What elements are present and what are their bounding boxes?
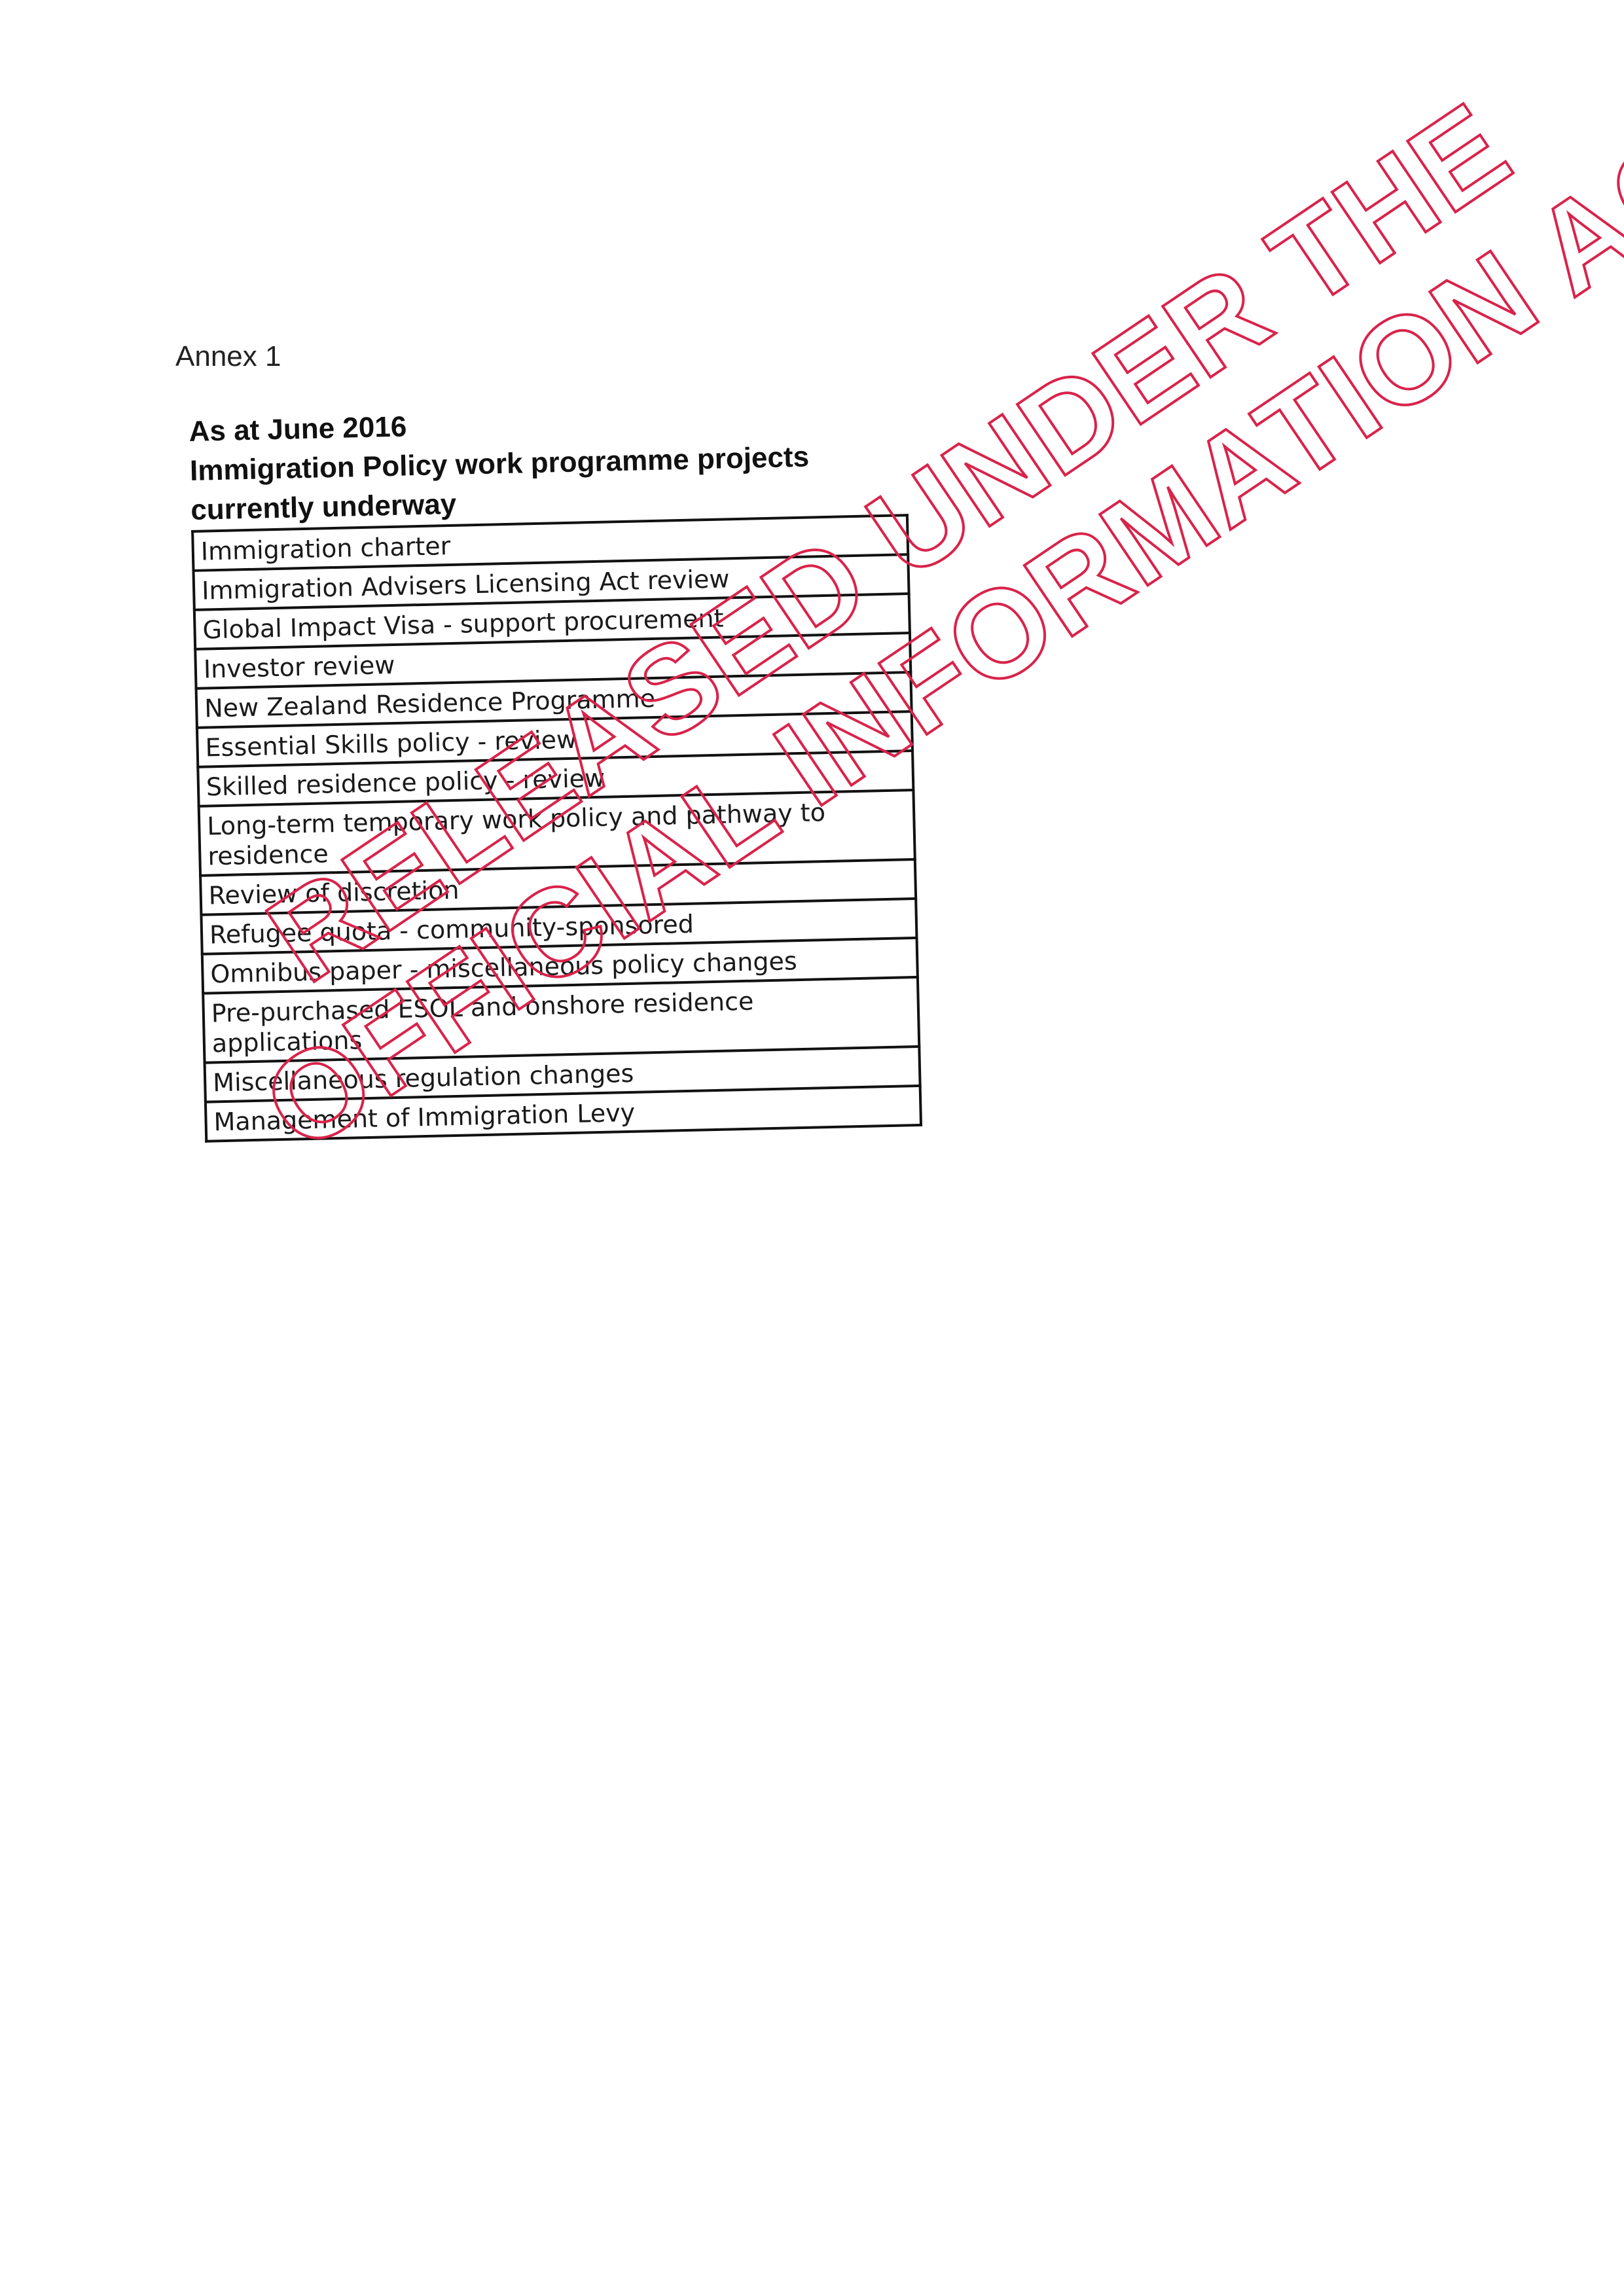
document-page: Annex 1 As at June 2016 Immigration Poli… — [0, 0, 1624, 2296]
annex-label: Annex 1 — [175, 340, 281, 373]
